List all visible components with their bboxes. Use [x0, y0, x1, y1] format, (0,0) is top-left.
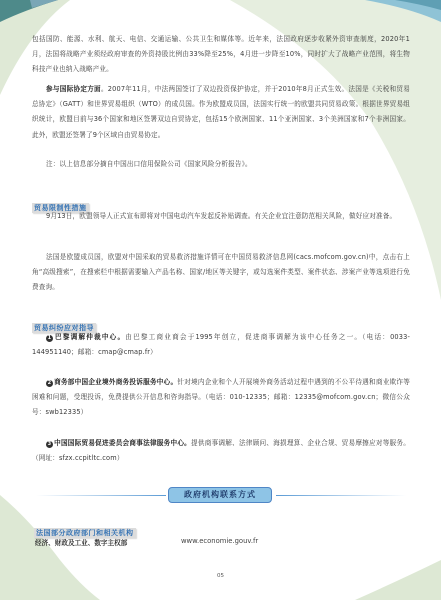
agreements-paragraph: 参与国际协定方面。2007年11月，中法两国签订了双边投资保护协定，并于2010… — [32, 82, 410, 143]
dispute-item-2: 2商务部中国企业境外商务投诉服务中心。针对境内企业和个人开展境外商务活动过程中遇… — [32, 375, 410, 421]
source-note: 注：以上信息部分摘自中国出口信用保险公司《国家风险分析报告》。 — [32, 157, 410, 172]
agency-name: 经济、财政及工业、数字主权部 — [35, 537, 127, 547]
agreements-text: 。2007年11月，中法两国签订了双边投资保护协定，并于2010年8月正式生效。… — [32, 85, 410, 139]
number-2-icon: 2 — [46, 380, 53, 387]
number-3-icon: 3 — [46, 441, 53, 448]
page-number: 05 — [0, 573, 441, 579]
agency-website-link[interactable]: www.economie.gouv.fr — [181, 537, 258, 545]
banner-line-left — [36, 495, 166, 496]
banner-title: 政府机构联系方式 — [168, 487, 272, 503]
trade-restriction-paragraph-1: 9月13日，欧盟领导人正式宣布即将对中国电动汽车发起反补贴调查。有关企业宜注意防… — [32, 209, 410, 224]
dispute-item-1: 1巴黎调解仲裁中心。由巴黎工商业商会于1995年创立，促进商事调解为该中心任务之… — [32, 330, 410, 360]
dispute-item-2-name: 商务部中国企业境外商务投诉服务中心。 — [54, 378, 177, 386]
agreements-lead: 参与国际协定方面 — [46, 85, 101, 93]
dispute-item-3-name: 中国国际贸易促进委员会商事法律服务中心。 — [54, 439, 191, 447]
trade-restriction-paragraph-2: 法国是欧盟成员国，欧盟对中国采取的贸易救济措施详情可在中国贸易救济信息网(cac… — [32, 250, 410, 296]
dispute-item-3: 3中国国际贸易促进委员会商事法律服务中心。提供商事调解、法律顾问、海损理算、企业… — [32, 436, 410, 466]
dispute-item-1-name: 巴黎调解仲裁中心。 — [54, 333, 125, 341]
banner-line-right — [276, 495, 406, 496]
government-contacts-banner: 政府机构联系方式 — [36, 487, 406, 503]
intro-paragraph: 包括国防、能源、水利、航天、电信、交通运输、公共卫生和媒体等。近年来，法国政府逐… — [32, 32, 410, 78]
number-1-icon: 1 — [46, 335, 53, 342]
